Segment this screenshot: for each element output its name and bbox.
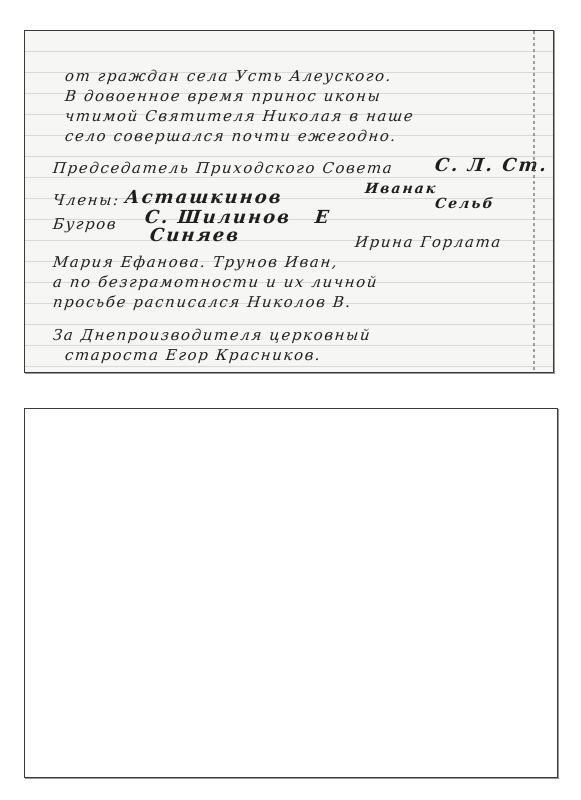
text-line-members-4: просьбе расписался Николов В. bbox=[52, 293, 353, 311]
member-name-bugrov: Бугров bbox=[52, 215, 118, 233]
handwritten-document-panel: от граждан села Усть Алеуского. В довоен… bbox=[24, 30, 554, 373]
blank-page-panel bbox=[24, 408, 558, 778]
churchwarden-line-2: староста Егор Красников. bbox=[64, 346, 322, 364]
member-signature-1: Асташкинов bbox=[124, 187, 284, 208]
text-line-1: от граждан села Усть Алеуского. bbox=[64, 67, 393, 85]
text-line-3: чтимой Святителя Николая в наше bbox=[64, 107, 415, 125]
member-signature-2: Иванак bbox=[364, 181, 438, 197]
text-line-4: село совершался почти ежегодно. bbox=[64, 127, 398, 145]
member-signature-6: Синяев bbox=[149, 225, 241, 246]
churchwarden-line-1: За Днепроизводителя церковный bbox=[52, 326, 372, 344]
text-line-members-3: а по безграмотности и их личной bbox=[52, 273, 379, 291]
member-signature-3: Сельб bbox=[434, 196, 495, 212]
member-name-irina: Ирина Горлата bbox=[354, 233, 503, 251]
text-line-members-2: Мария Ефанова. Трунов Иван, bbox=[52, 253, 339, 271]
chairman-signature: С. Л. Ст. bbox=[434, 155, 549, 176]
member-signature-5: Е bbox=[314, 207, 332, 228]
council-chairman-label: Председатель Приходского Совета bbox=[52, 159, 394, 177]
text-line-2: В довоенное время принос иконы bbox=[64, 87, 382, 105]
members-label: Члены: bbox=[52, 191, 121, 209]
